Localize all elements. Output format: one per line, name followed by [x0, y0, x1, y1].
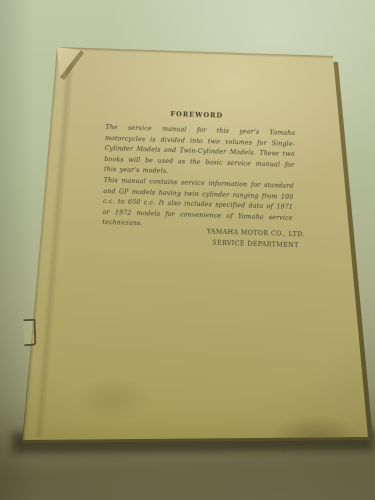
- manual-cover: [0, 0, 375, 500]
- staple: [24, 319, 37, 346]
- photo-of-manual: FOREWORD The service manual for this yea…: [0, 0, 375, 500]
- foreword-text-block: FOREWORD The service manual for this yea…: [102, 108, 296, 235]
- signature-block: YAMAHA MOTOR CO., LTD. SERVICE DEPARTMEN…: [195, 226, 316, 252]
- foreword-paragraph-1: The service manual for this year's Yamah…: [104, 123, 296, 182]
